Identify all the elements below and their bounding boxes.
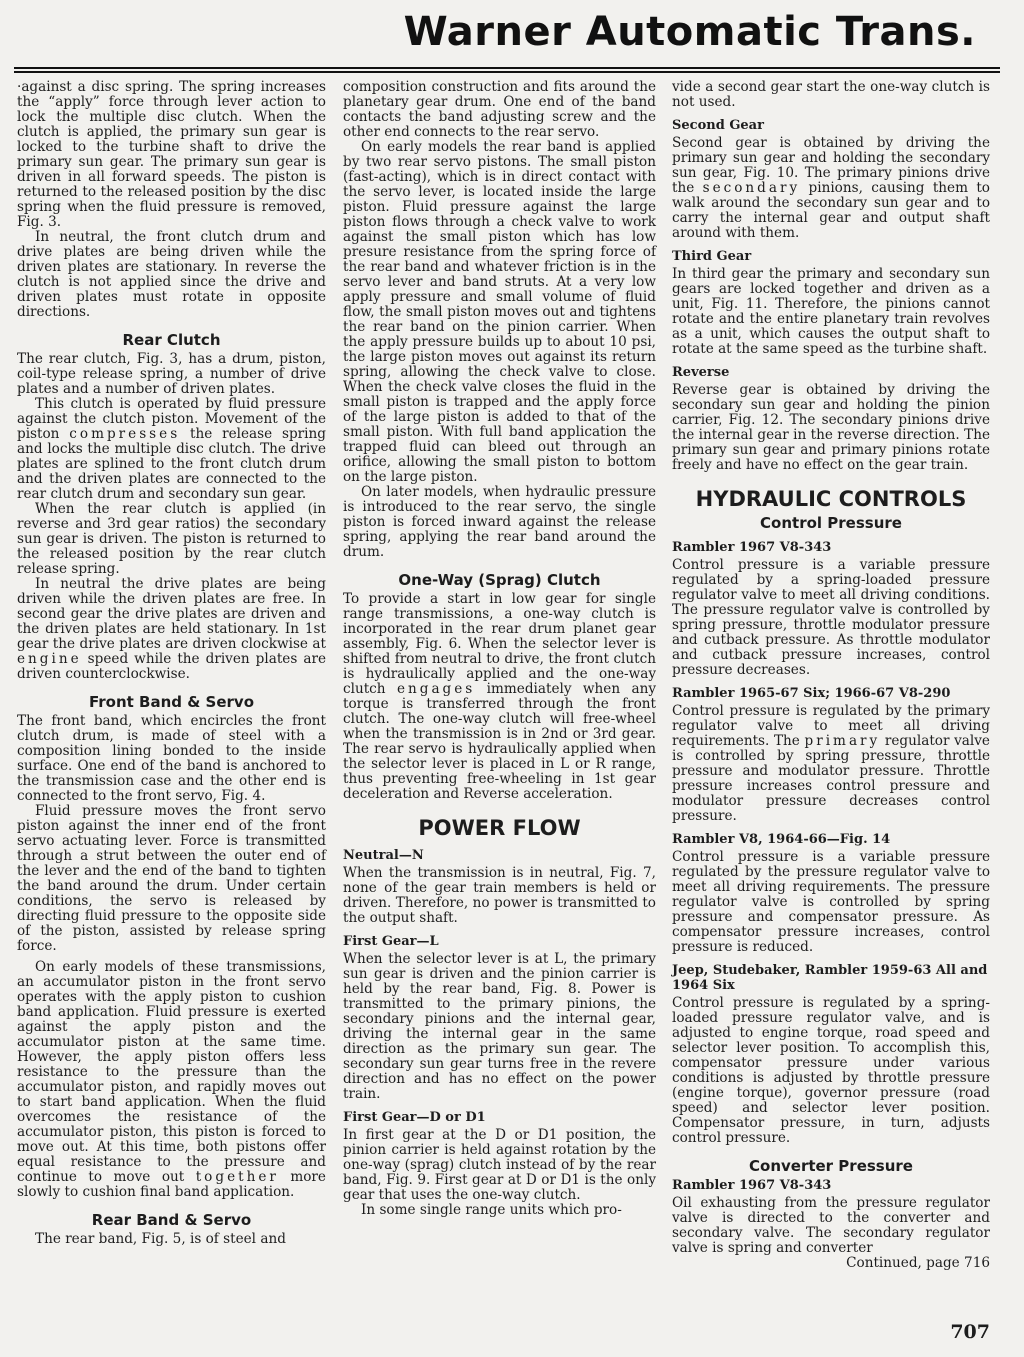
heading-converter-pressure: Converter Pressure — [672, 1158, 990, 1175]
subheading-rambler-1965-67: Rambler 1965-67 Six; 1966-67 V8-290 — [672, 686, 990, 701]
paragraph: This clutch is operated by fluid pressur… — [17, 397, 326, 502]
subheading-rambler-1967: Rambler 1967 V8-343 — [672, 540, 990, 555]
text-run: immediately when any torque is transferr… — [343, 681, 656, 802]
paragraph: Reverse gear is obtained by driving the … — [672, 383, 990, 473]
paragraph: On later models, when hydraulic pressure… — [343, 485, 656, 560]
paragraph: Second gear is obtained by driving the p… — [672, 136, 990, 241]
subheading-jeep-studebaker: Jeep, Studebaker, Rambler 1959-63 All an… — [672, 963, 990, 993]
paragraph: When the selector lever is at L, the pri… — [343, 952, 656, 1102]
heading-power-flow: POWER FLOW — [343, 816, 656, 840]
paragraph: In neutral, the front clutch drum and dr… — [17, 230, 326, 320]
paragraph: In neutral the drive plates are being dr… — [17, 577, 326, 682]
column-2: composition construction and fits around… — [343, 80, 656, 1218]
paragraph: On early models the rear band is applied… — [343, 140, 656, 485]
page-title: Warner Automatic Trans. — [404, 12, 976, 52]
paragraph: Control pressure is regulated by the pri… — [672, 704, 990, 824]
spaced-word: engine — [17, 651, 82, 667]
header-double-rule — [14, 67, 1000, 73]
spaced-word: compresses — [69, 426, 180, 442]
spaced-word: primary — [805, 733, 881, 749]
paragraph: The front band, which encircles the fron… — [17, 714, 326, 804]
spaced-word: engages — [397, 681, 475, 697]
column-1: ·against a disc spring. The spring incre… — [17, 80, 326, 1247]
spaced-word: together — [196, 1169, 279, 1185]
paragraph: ·against a disc spring. The spring incre… — [17, 80, 326, 230]
paragraph: In third gear the primary and secondary … — [672, 267, 990, 357]
subheading-rambler-v8-1964-66: Rambler V8, 1964-66—Fig. 14 — [672, 832, 990, 847]
paragraph: To provide a start in low gear for singl… — [343, 592, 656, 802]
heading-front-band-servo: Front Band & Servo — [17, 694, 326, 711]
paragraph: The rear clutch, Fig. 3, has a drum, pis… — [17, 352, 326, 397]
paragraph: In first gear at the D or D1 position, t… — [343, 1128, 656, 1203]
subheading-neutral: Neutral—N — [343, 848, 656, 863]
paragraph: When the transmission is in neutral, Fig… — [343, 866, 656, 926]
paragraph: composition construction and fits around… — [343, 80, 656, 140]
subheading-first-gear-d: First Gear—D or D1 — [343, 1110, 656, 1125]
heading-hydraulic-controls: HYDRAULIC CONTROLS — [672, 487, 990, 511]
subheading-third-gear: Third Gear — [672, 249, 990, 264]
paragraph: Control pressure is a variable pressure … — [672, 558, 990, 678]
text-run: In neutral the drive plates are being dr… — [17, 576, 326, 652]
paragraph: vide a second gear start the one-way clu… — [672, 80, 990, 110]
subheading-second-gear: Second Gear — [672, 118, 990, 133]
paragraph: Oil exhausting from the pressure regulat… — [672, 1196, 990, 1256]
paragraph: When the rear clutch is applied (in reve… — [17, 502, 326, 577]
heading-rear-clutch: Rear Clutch — [17, 332, 326, 349]
subheading-reverse: Reverse — [672, 365, 990, 380]
paragraph: In some single range units which pro- — [343, 1203, 656, 1218]
heading-one-way-sprag-clutch: One-Way (Sprag) Clutch — [343, 572, 656, 589]
paragraph: Fluid pressure moves the front servo pis… — [17, 804, 326, 954]
paragraph: Control pressure is regulated by a sprin… — [672, 996, 990, 1146]
page-number: 707 — [950, 1321, 990, 1343]
paragraph: Control pressure is a variable pressure … — [672, 850, 990, 955]
column-3: vide a second gear start the one-way clu… — [672, 80, 990, 1271]
continued-link[interactable]: Continued, page 716 — [672, 1256, 990, 1271]
heading-control-pressure: Control Pressure — [672, 515, 990, 532]
spaced-word: secondary — [703, 180, 801, 196]
text-run: On early models of these transmissions, … — [17, 959, 326, 1185]
subheading-first-gear-l: First Gear—L — [343, 934, 656, 949]
paragraph: On early models of these transmissions, … — [17, 960, 326, 1200]
heading-rear-band-servo: Rear Band & Servo — [17, 1212, 326, 1229]
subheading-rambler-1967-converter: Rambler 1967 V8-343 — [672, 1178, 990, 1193]
paragraph: The rear band, Fig. 5, is of steel and — [17, 1232, 326, 1247]
